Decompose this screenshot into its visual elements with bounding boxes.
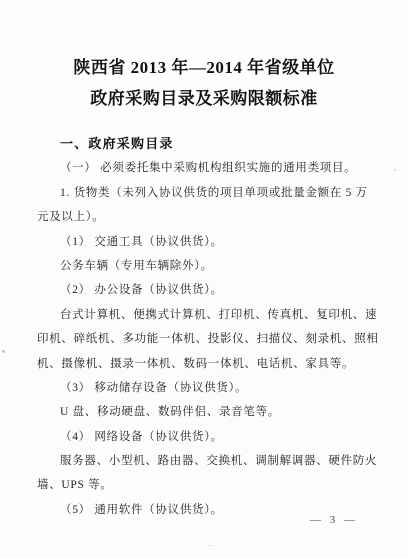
body-line: （一） 必须委托集中采购机构组织实施的通用类项目。	[37, 156, 372, 180]
scanned-document-page: 陕西省 2013 年—2014 年省级单位 政府采购目录及采购限额标准 一、政府…	[0, 0, 408, 559]
body-line: U 盘、移动硬盘、数码伴侣、录音笔等。	[37, 400, 372, 424]
scan-speck	[208, 545, 212, 546]
body-line: （3） 移动储存设备（协议供货）。	[37, 376, 372, 400]
page-number: — 3 —	[310, 514, 358, 526]
title-line-1: 陕西省 2013 年—2014 年省级单位	[0, 52, 408, 83]
scan-speck	[394, 169, 396, 171]
body-line: （4） 网络设备（协议供货）。	[37, 425, 372, 449]
body-line: （2） 办公设备（协议供货）。	[37, 278, 372, 302]
body-line: 服务器、小型机、路由器、交换机、调制解调器、硬件防火	[37, 449, 372, 473]
body-line: 元及以上）。	[37, 205, 372, 229]
body-line: 台式计算机、便携式计算机、打印机、传真机、复印机、速	[37, 303, 372, 327]
body-line: 机、摄像机、摄录一体机、数码一体机、电话机、家具等。	[37, 352, 372, 376]
body-line: 公务车辆（专用车辆除外）。	[37, 254, 372, 278]
body-line: 1. 货物类（未列入协议供货的项目单项或批量金额在 5 万	[37, 181, 372, 205]
title-line-2: 政府采购目录及采购限额标准	[0, 83, 408, 114]
document-body: 一、政府采购目录 （一） 必须委托集中采购机构组织实施的通用类项目。 1. 货物…	[37, 132, 372, 522]
section-heading: 一、政府采购目录	[37, 132, 372, 156]
body-line: （1） 交通工具（协议供货）。	[37, 230, 372, 254]
body-line: 墙、UPS 等。	[37, 473, 372, 497]
scan-speck	[2, 350, 5, 353]
document-title: 陕西省 2013 年—2014 年省级单位 政府采购目录及采购限额标准	[0, 0, 408, 114]
body-line: 印机、碎纸机、多功能一体机、投影仪、扫描仪、刻录机、照相	[37, 327, 372, 351]
